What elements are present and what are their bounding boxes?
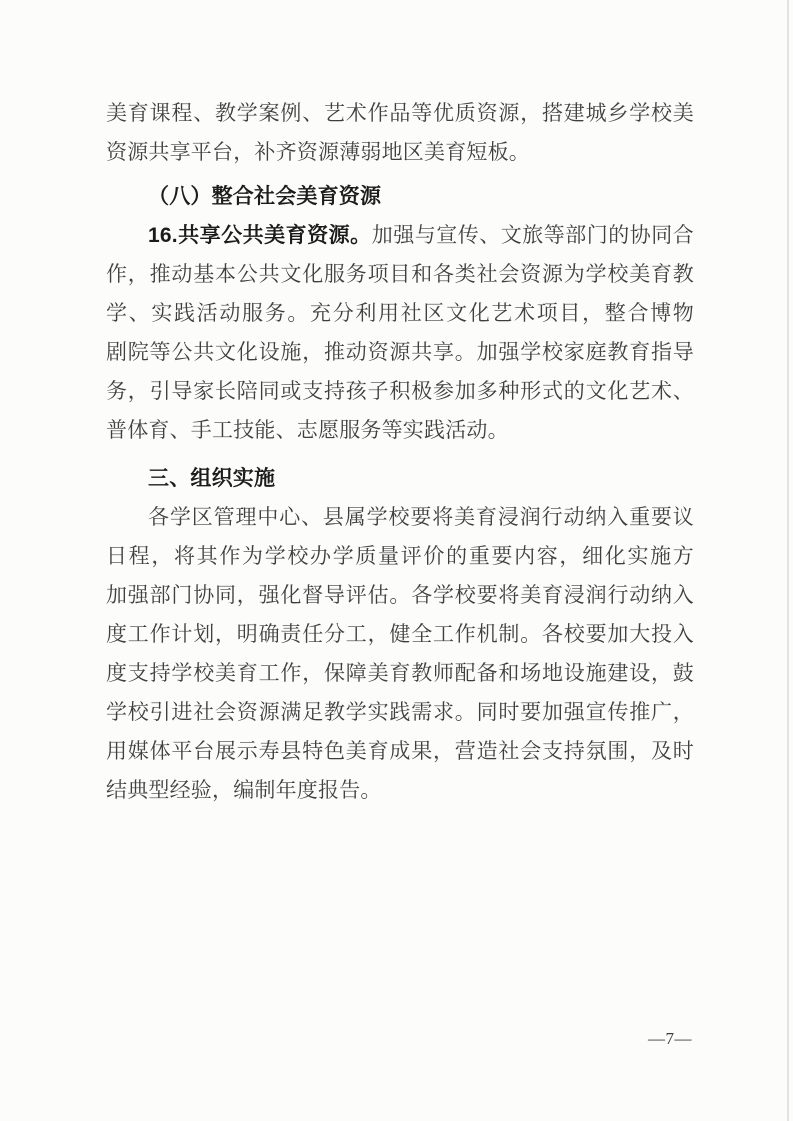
text-line: 务，引导家长陪同或支持孩子积极参加多种形式的文化艺术、科 xyxy=(106,372,694,411)
body-text-segment: 加强部门协同，强化督导评估。各学校要将美育浸润行动纳入年 xyxy=(106,583,694,615)
body-text-segment: 务，引导家长陪同或支持孩子积极参加多种形式的文化艺术、科 xyxy=(106,379,694,411)
body-text-segment: 学、实践活动服务。充分利用社区文化艺术项目，整合博物馆、 xyxy=(106,301,694,333)
text-line: 16.共享公共美育资源。加强与宣传、文旅等部门的协同合 xyxy=(106,216,694,255)
body-text-segment: 各学区管理中心、县属学校要将美育浸润行动纳入重要议事 xyxy=(148,505,694,537)
scanned-document-page: 美育课程、教学案例、艺术作品等优质资源，搭建城乡学校美育资源共享平台，补齐资源薄… xyxy=(0,0,793,1121)
body-text-segment: 剧院等公共文化设施，推动资源共享。加强学校家庭教育指导服 xyxy=(106,340,694,372)
section-heading-3: 三、组织实施 xyxy=(106,459,694,498)
text-line: 结典型经验，编制年度报告。 xyxy=(106,771,694,810)
scan-edge-artifact xyxy=(787,0,789,1121)
body-text-segment: 用媒体平台展示寿县特色美育成果，营造社会支持氛围，及时总 xyxy=(106,739,694,771)
body-text-segment: 加强与宣传、文旅等部门的协同合 xyxy=(372,223,694,247)
text-line: 学、实践活动服务。充分利用社区文化艺术项目，整合博物馆、 xyxy=(106,294,694,333)
text-line: 学校引进社会资源满足教学实践需求。同时要加强宣传推广，利 xyxy=(106,693,694,732)
body-text-segment: 资源共享平台，补齐资源薄弱地区美育短板。 xyxy=(106,140,530,164)
text-line: 加强部门协同，强化督导评估。各学校要将美育浸润行动纳入年 xyxy=(106,576,694,615)
paragraph-16: 16.共享公共美育资源。加强与宣传、文旅等部门的协同合作，推动基本公共文化服务项… xyxy=(106,216,694,450)
text-line: 各学区管理中心、县属学校要将美育浸润行动纳入重要议事 xyxy=(106,498,694,537)
page-number: —7— xyxy=(638,1026,702,1052)
text-line: 三、组织实施 xyxy=(106,459,694,498)
text-line: 资源共享平台，补齐资源薄弱地区美育短板。 xyxy=(106,133,694,172)
paragraph-implementation: 各学区管理中心、县属学校要将美育浸润行动纳入重要议事日程，将其作为学校办学质量评… xyxy=(106,498,694,810)
body-text-segment: 日程，将其作为学校办学质量评价的重要内容，细化实施方案， xyxy=(106,544,694,576)
text-line: 普体育、手工技能、志愿服务等实践活动。 xyxy=(106,411,694,450)
text-line: 日程，将其作为学校办学质量评价的重要内容，细化实施方案， xyxy=(106,537,694,576)
body-text-segment: 度工作计划，明确责任分工，健全工作机制。各校要加大投入力 xyxy=(106,622,694,654)
bold-lead-text: 16.共享公共美育资源。 xyxy=(148,224,372,247)
text-line: 度工作计划，明确责任分工，健全工作机制。各校要加大投入力 xyxy=(106,615,694,654)
text-line: （八）整合社会美育资源 xyxy=(106,177,694,216)
body-text-segment: 结典型经验，编制年度报告。 xyxy=(106,778,382,802)
text-line: 度支持学校美育工作，保障美育教师配备和场地设施建设，鼓励 xyxy=(106,654,694,693)
section-heading-8: （八）整合社会美育资源 xyxy=(106,177,694,216)
text-line: 用媒体平台展示寿县特色美育成果，营造社会支持氛围，及时总 xyxy=(106,732,694,771)
body-text-segment: 美育课程、教学案例、艺术作品等优质资源，搭建城乡学校美育 xyxy=(106,101,694,133)
text-line: 剧院等公共文化设施，推动资源共享。加强学校家庭教育指导服 xyxy=(106,333,694,372)
body-text-segment: 度支持学校美育工作，保障美育教师配备和场地设施建设，鼓励 xyxy=(106,661,694,693)
text-line: 作，推动基本公共文化服务项目和各类社会资源为学校美育教 xyxy=(106,255,694,294)
document-body: 美育课程、教学案例、艺术作品等优质资源，搭建城乡学校美育资源共享平台，补齐资源薄… xyxy=(106,94,694,810)
body-text-segment: 学校引进社会资源满足教学实践需求。同时要加强宣传推广，利 xyxy=(106,700,694,732)
body-text-segment: 作，推动基本公共文化服务项目和各类社会资源为学校美育教 xyxy=(106,262,694,286)
bold-lead-text: （八）整合社会美育资源 xyxy=(148,185,381,208)
body-text-segment: 普体育、手工技能、志愿服务等实践活动。 xyxy=(106,418,509,442)
paragraph-continuation: 美育课程、教学案例、艺术作品等优质资源，搭建城乡学校美育资源共享平台，补齐资源薄… xyxy=(106,94,694,172)
bold-lead-text: 三、组织实施 xyxy=(148,467,275,490)
text-line: 美育课程、教学案例、艺术作品等优质资源，搭建城乡学校美育 xyxy=(106,94,694,133)
